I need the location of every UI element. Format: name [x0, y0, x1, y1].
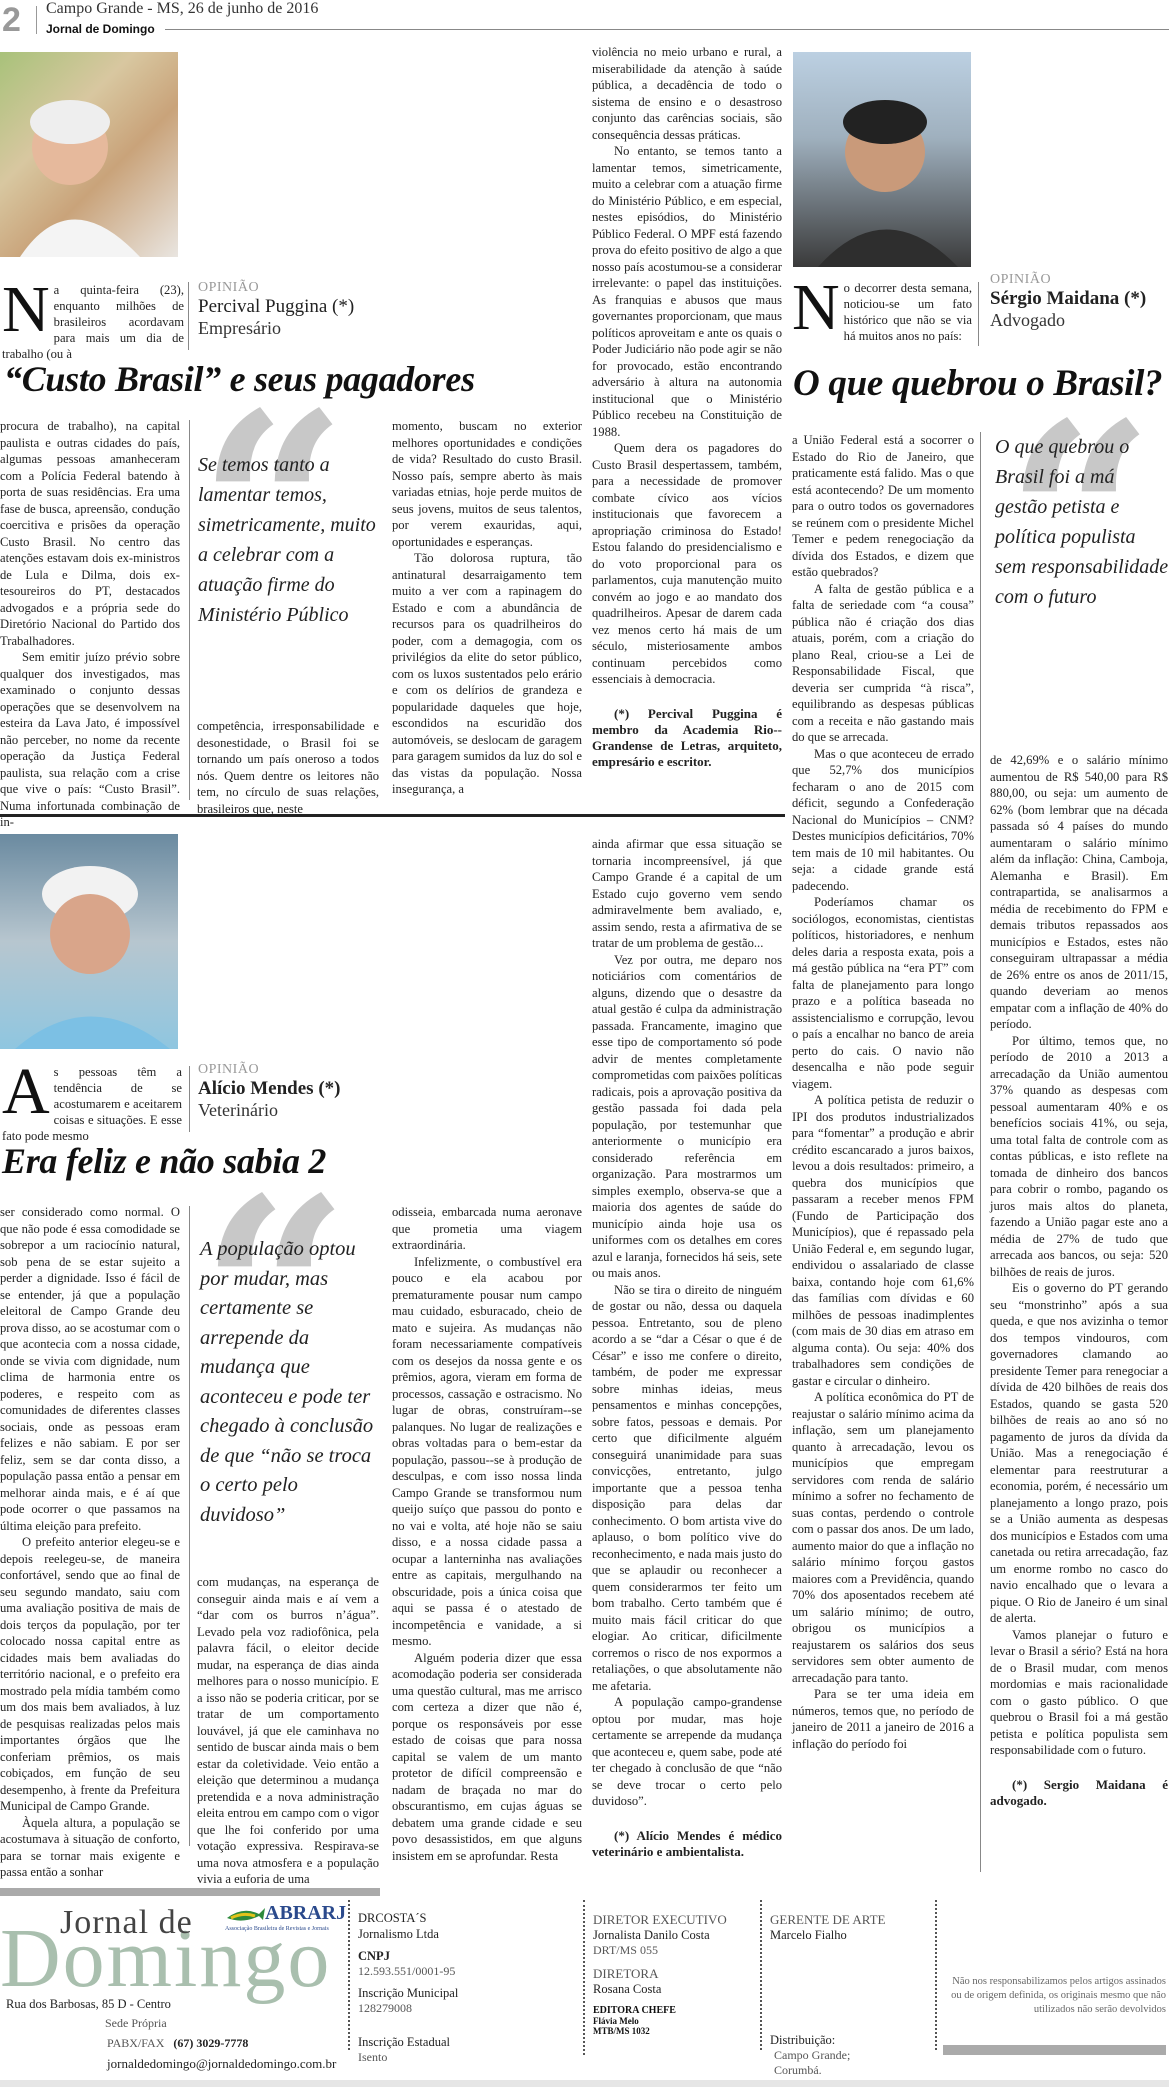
dateline: Campo Grande - MS, 26 de junho de 2016 [46, 0, 318, 18]
byline-divider [188, 282, 189, 350]
article-column: com mudanças, na esperança de conseguir … [197, 1574, 379, 1888]
drop-cap: A [2, 1066, 50, 1118]
disclaimer-bar [943, 2045, 1166, 2055]
section-label: OPINIÃO [990, 272, 1146, 288]
author-signature: (*) Sergio Maidana é advogado. [990, 1777, 1168, 1809]
footer-divider [348, 1900, 350, 2050]
author-photo-alicio-mendes [0, 834, 178, 1049]
byline-divider [189, 1066, 190, 1132]
portrait-icon [793, 52, 971, 267]
article-column: competência, irresponsabilidade e desone… [197, 718, 379, 817]
author-photo-sergio-maidana [793, 52, 971, 267]
article-column: violência no meio urbano e rural, a mise… [592, 44, 782, 770]
distribution-info: Distribuição: Campo Grande; Corumbá. [770, 2032, 940, 2078]
byline-divider [978, 282, 979, 346]
pull-quote: “ A população optou por mudar, mas certa… [200, 1205, 378, 1545]
article-lead: Na quinta-feira (23), enquanto milhões d… [2, 282, 184, 362]
portrait-icon [0, 52, 178, 257]
article-column: odisseia, embarcada numa aeronave que pr… [392, 1204, 582, 1864]
author-role: Empresário [198, 318, 354, 339]
article-column: de 42,69% e o salário mínimo aumentou de… [990, 752, 1168, 1809]
footer-divider [935, 1900, 937, 2050]
author-role: Veterinário [198, 1100, 340, 1121]
pull-quote: “ Se temos tanto a lamentar temos, simet… [198, 420, 378, 680]
column-divider [980, 432, 981, 1872]
byline: OPINIÃO Sérgio Maidana (*) Advogado [990, 272, 1146, 331]
author-signature: (*) Percival Puggina é membro da Academi… [592, 706, 782, 770]
author-name: Sérgio Maidana (*) [990, 288, 1146, 310]
company-info: DRCOSTA´S Jornalismo Ltda CNPJ 12.593.55… [358, 1910, 578, 2065]
byline: OPINIÃO Alício Mendes (*) Veterinário [198, 1062, 340, 1121]
art-info: GERENTE DE ARTE Marcelo Fialho [770, 1912, 940, 1943]
phone: (67) 3029-7778 [173, 2036, 248, 2050]
column-divider [189, 1206, 190, 1846]
pull-quote: “ O que quebrou o Brasil foi a má gestão… [995, 430, 1169, 700]
author-role: Advogado [990, 310, 1146, 331]
abrarj-fish-icon [225, 1906, 265, 1924]
article-column: momento, buscam no exterior melhores opo… [392, 418, 582, 798]
article-column: procura de trabalho), na capital paulist… [0, 418, 180, 831]
footer-bottom-bar [0, 2080, 1169, 2087]
column-divider [189, 420, 190, 800]
address: Rua dos Barbosas, 85 D - Centro [6, 1996, 171, 2012]
article-column: a União Federal está a socorrer o Estado… [792, 432, 974, 1752]
section-divider [0, 814, 785, 817]
header-divider [36, 6, 37, 34]
drop-cap: N [792, 282, 840, 334]
logo-top: Jornal de [60, 1904, 193, 1942]
author-name: Percival Puggina (*) [198, 296, 354, 318]
article-column: ser considerado como normal. O que não p… [0, 1204, 180, 1881]
section-label: OPINIÃO [198, 280, 354, 296]
article-lead: As pessoas têm a tendência de se acostum… [2, 1064, 182, 1144]
footer-divider [583, 1900, 585, 2055]
article-column: ainda afirmar que essa situação se torna… [592, 836, 782, 1860]
email-link[interactable]: jornaldedomingo@jornaldedomingo.com.br [107, 2056, 336, 2072]
sede: Sede Própria [105, 2016, 167, 2031]
disclaimer: Não nos responsabilizamos pelos artigos … [940, 1975, 1166, 2017]
portrait-icon [0, 834, 178, 1049]
author-photo-percival-puggina [0, 52, 178, 257]
author-signature: (*) Alício Mendes é médico veterinário e… [592, 1828, 782, 1860]
newspaper-brand: Jornal de Domingo [46, 22, 155, 36]
article-lead: No decorrer desta semana, noticiou-se um… [792, 280, 972, 344]
phone-row: PABX/FAX (67) 3029-7778 [107, 2036, 248, 2051]
executive-info: DIRETOR EXECUTIVO Jornalista Danilo Cost… [593, 1912, 763, 2036]
drop-cap: N [2, 284, 50, 336]
footer-top-bar [0, 1888, 380, 1896]
footer-logo-block: Domingo Jornal de ABRARJ Associação Bras… [0, 1896, 380, 2081]
byline: OPINIÃO Percival Puggina (*) Empresário [198, 280, 354, 339]
section-label: OPINIÃO [198, 1062, 340, 1078]
author-name: Alício Mendes (*) [198, 1078, 340, 1100]
footer-divider [760, 1900, 762, 2050]
page-number: 2 [2, 2, 21, 38]
header-rule [165, 29, 1169, 30]
